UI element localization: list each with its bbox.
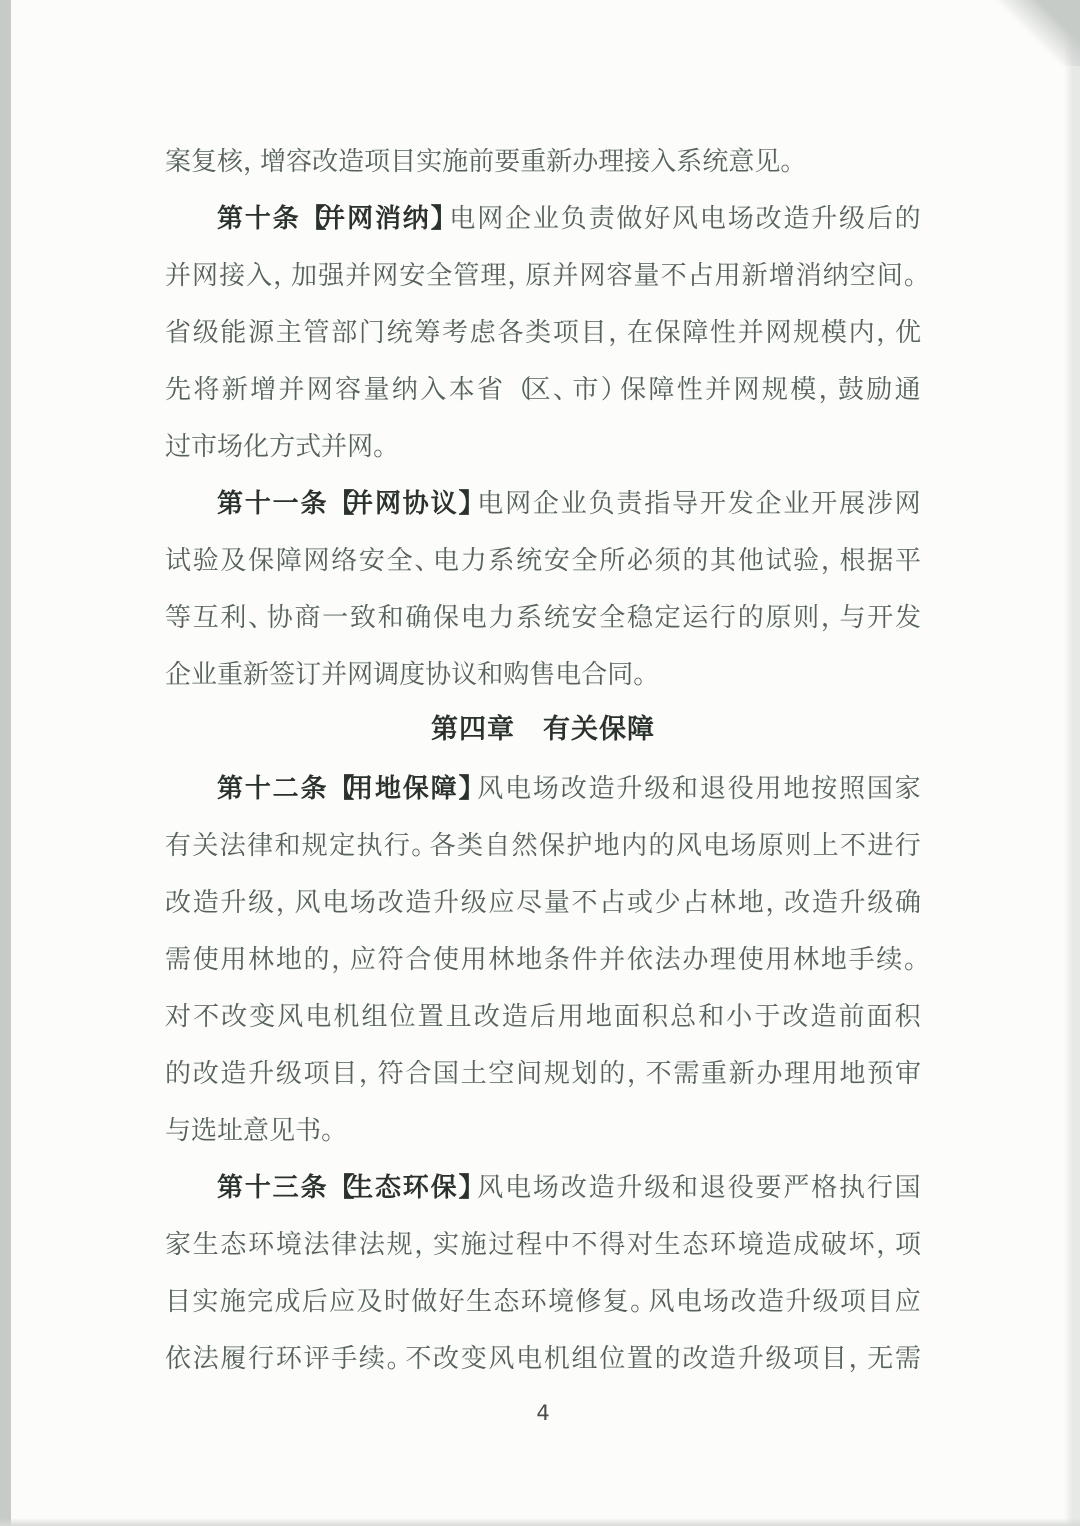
- chapter-heading: 第四章 有关保障: [165, 701, 921, 758]
- document-line: 先将新增并网容量纳入本省（区、市）保障性并网规模，鼓励通: [165, 359, 921, 416]
- document-line: 并网接入，加强并网安全管理，原并网容量不占用新增消纳空间。: [165, 245, 921, 302]
- document-line: 目实施完成后应及时做好生态环境修复。风电场改造升级项目应: [165, 1271, 921, 1328]
- scan-bottom-edge: [0, 1518, 1080, 1526]
- document-line: 试验及保障网络安全、电力系统安全所必须的其他试验，根据平: [165, 530, 921, 587]
- document-line: 需使用林地的，应符合使用林地条件并依法办理使用林地手续。: [165, 929, 921, 986]
- document-line: 家生态环境法律法规，实施过程中不得对生态环境造成破坏，项: [165, 1214, 921, 1271]
- document-line: 对不改变风电机组位置且改造后用地面积总和小于改造前面积: [165, 986, 921, 1043]
- document-line: 的改造升级项目，符合国土空间规划的，不需重新办理用地预审: [165, 1043, 921, 1100]
- document-line: 等互利、协商一致和确保电力系统安全稳定运行的原则，与开发: [165, 587, 921, 644]
- page-content: 案复核，增容改造项目实施前要重新办理接入系统意见。 第十条【并网消纳】电网企业负…: [165, 131, 921, 1442]
- document-line: 与选址意见书。: [165, 1100, 921, 1157]
- document-line: 案复核，增容改造项目实施前要重新办理接入系统意见。: [165, 131, 921, 188]
- document-page: 案复核，增容改造项目实施前要重新办理接入系统意见。 第十条【并网消纳】电网企业负…: [11, 0, 1064, 1526]
- scan-right-edge: [1064, 0, 1080, 1526]
- document-line: 改造升级，风电场改造升级应尽量不占或少占林地，改造升级确: [165, 872, 921, 929]
- document-line: 省级能源主管部门统筹考虑各类项目，在保障性并网规模内，优: [165, 302, 921, 359]
- document-line: 第十条【并网消纳】电网企业负责做好风电场改造升级后的: [165, 188, 921, 245]
- document-line: 第十一条【并网协议】电网企业负责指导开发企业开展涉网: [165, 473, 921, 530]
- document-line: 第十三条【生态环保】风电场改造升级和退役要严格执行国: [165, 1157, 921, 1214]
- document-line: 过市场化方式并网。: [165, 416, 921, 473]
- page-number: 4: [165, 1385, 921, 1442]
- document-line: 第十二条【用地保障】风电场改造升级和退役用地按照国家: [165, 758, 921, 815]
- document-line: 企业重新签订并网调度协议和购售电合同。: [165, 644, 921, 701]
- scan-left-edge: [0, 0, 11, 1526]
- scan-corner-skew: [960, 0, 1080, 66]
- document-line: 有关法律和规定执行。各类自然保护地内的风电场原则上不进行: [165, 815, 921, 872]
- document-line: 依法履行环评手续。不改变风电机组位置的改造升级项目，无需: [165, 1328, 921, 1385]
